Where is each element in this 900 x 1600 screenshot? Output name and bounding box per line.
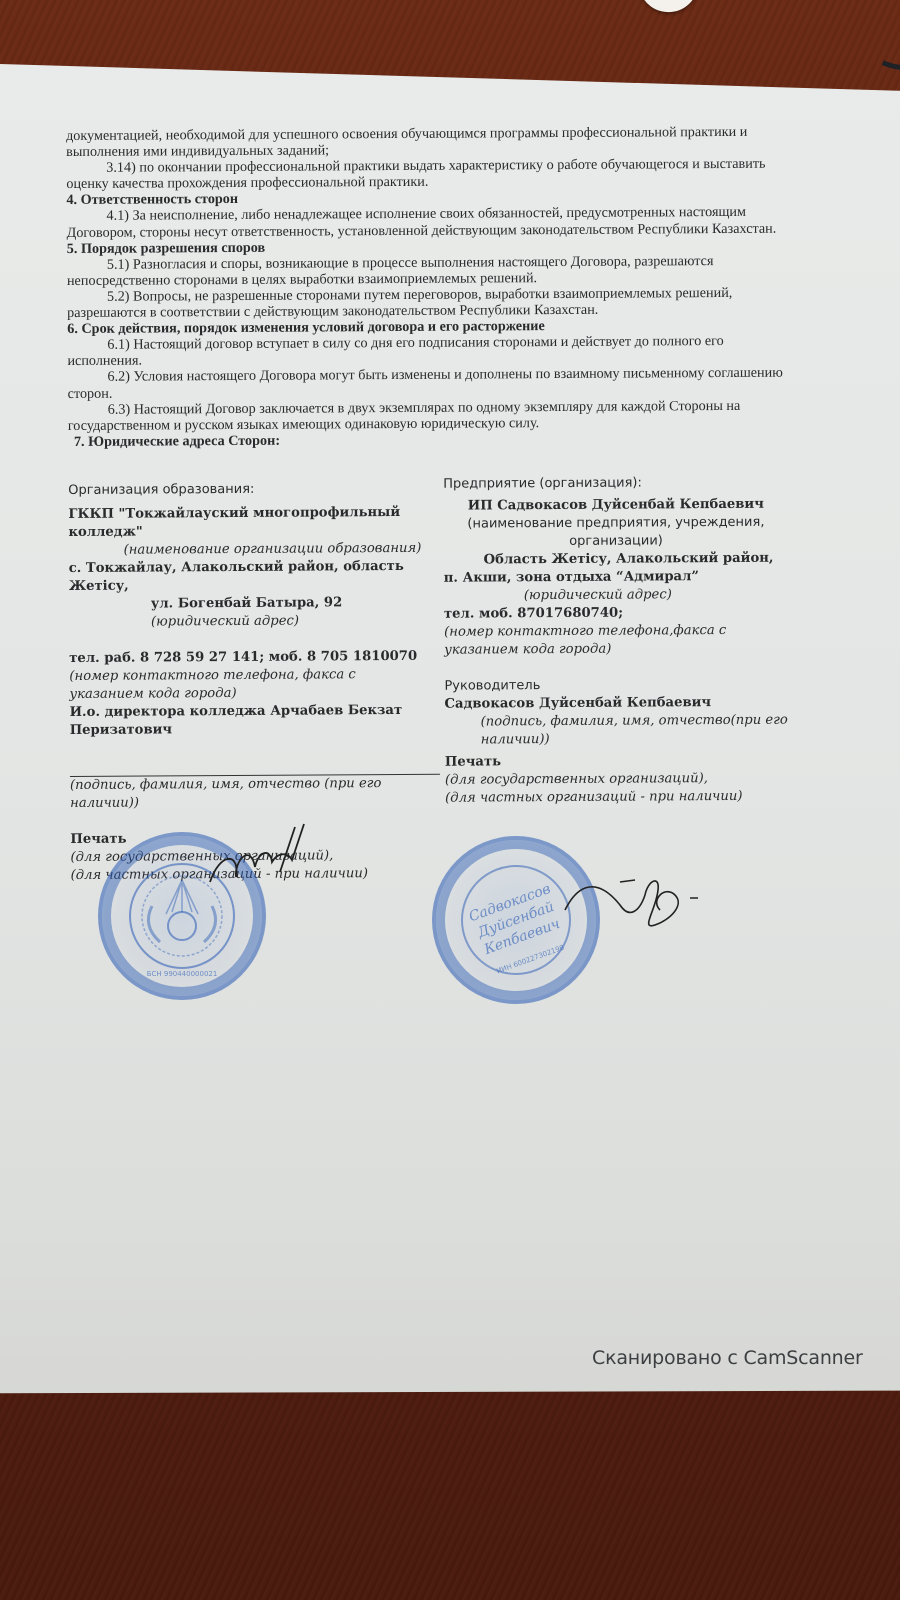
camscanner-watermark: Сканировано с CamScanner <box>592 1347 863 1369</box>
right-party-label: Предприятие (организация): <box>443 473 788 493</box>
left-party-name-hint: (наименование организации образования) <box>69 540 429 560</box>
college-director-signature <box>200 822 320 892</box>
right-seal-hint-2: (для частных организаций - при наличии) <box>445 787 790 807</box>
clause-6-1: 6.1) Настоящий договор вступает в силу с… <box>67 333 787 370</box>
white-desk-object <box>637 0 703 17</box>
right-seal-label: Печать <box>445 751 790 771</box>
enterprise-block: Предприятие (организация): ИП Садвокасов… <box>443 455 790 807</box>
left-party-address-line2: ул. Богенбай Батыра, 92 <box>69 594 429 614</box>
right-party-name: ИП Садвокасов Дуйсенбай Кепбаевич <box>443 495 788 515</box>
right-party-address-line2: п. Акши, зона отдыха “Адмирал” <box>444 567 789 587</box>
clause-5-2: 5.2) Вопросы, не разрешенные сторонами п… <box>67 285 787 322</box>
svg-text:БСН 990440000021: БСН 990440000021 <box>147 970 218 978</box>
desk-cable <box>835 0 900 85</box>
clause-4-1: 4.1) За неисполнение, либо ненадлежащее … <box>66 204 786 241</box>
right-party-address-line1: Область Жетісу, Алакольский район, <box>444 549 789 569</box>
right-party-phone: тел. моб. 87017680740; <box>444 603 789 623</box>
section-7-title: 7. Юридические адреса Сторон: <box>74 429 788 449</box>
paragraph: документацией, необходимой для успешного… <box>66 124 786 161</box>
right-party-role: Руководитель <box>444 675 789 695</box>
clause-6-3: 6.3) Настоящий Договор заключается в дву… <box>68 397 788 434</box>
right-signature-hint: (подпись, фамилия, имя, отчество(при его… <box>445 711 790 749</box>
left-signature-line <box>70 738 440 777</box>
right-seal-hint-1: (для государственных организаций), <box>445 769 790 789</box>
contract-text: документацией, необходимой для успешного… <box>66 124 791 934</box>
left-party-signer: И.о. директора колледжа Арчабаев Бекзат … <box>70 702 430 740</box>
left-party-name: ГККП "Токжайлауский многопрофильный колл… <box>68 504 428 542</box>
clause-3-14: 3.14) по окончании профессиональной прак… <box>66 156 786 193</box>
right-party-address-hint: (юридический адрес) <box>444 585 789 605</box>
left-party-address-line1: с. Токжайлау, Алакольский район, область… <box>69 558 429 596</box>
clause-6-2: 6.2) Условия настоящего Договора могут б… <box>67 365 787 402</box>
left-signature-hint: (подпись, фамилия, имя, отчество (при ег… <box>70 775 430 813</box>
clause-5-1: 5.1) Разногласия и споры, возникающие в … <box>67 252 787 289</box>
right-party-signer: Садвокасов Дуйсенбай Кепбаевич <box>444 693 789 713</box>
enterprise-head-signature <box>560 870 710 940</box>
left-party-phone: тел. раб. 8 728 59 27 141; моб. 8 705 18… <box>69 648 429 668</box>
left-party-label: Организация образования: <box>68 480 428 500</box>
left-party-address-hint: (юридический адрес) <box>69 612 429 632</box>
right-party-phone-hint: (номер контактного телефона,факса с указ… <box>444 621 789 659</box>
right-party-name-hint: (наименование предприятия, учреждения, о… <box>443 513 788 551</box>
left-party-phone-hint: (номер контактного телефона, факса с ука… <box>69 666 429 704</box>
